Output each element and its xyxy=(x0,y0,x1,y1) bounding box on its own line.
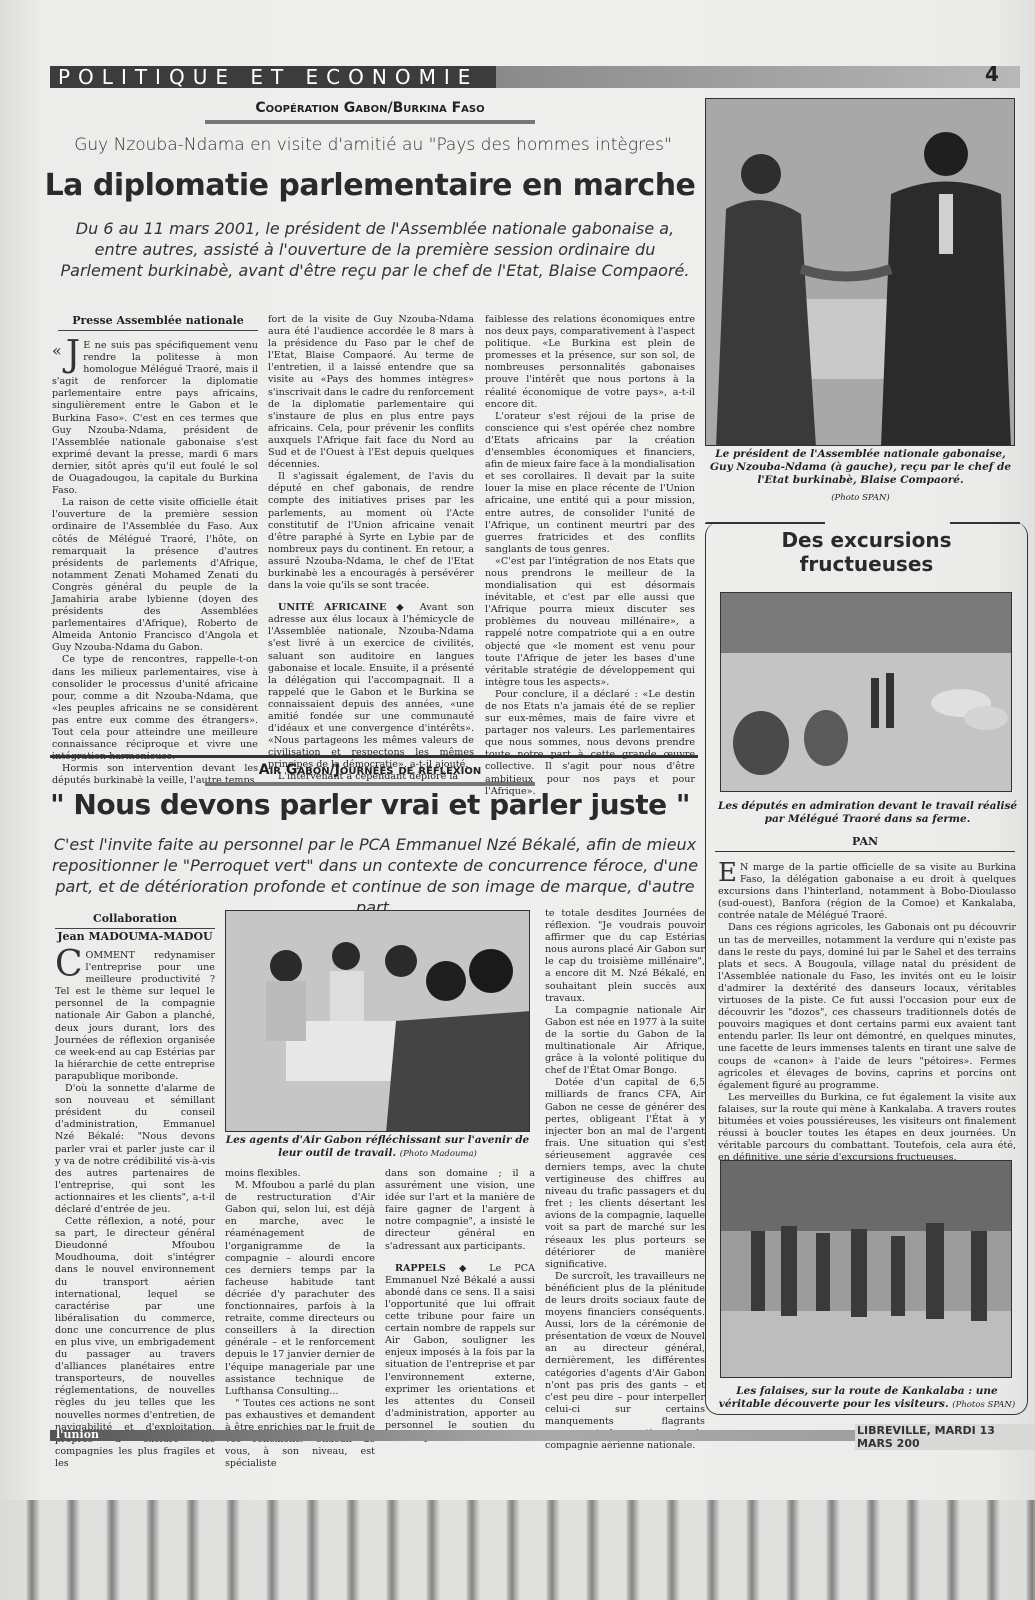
article1-chapo: Du 6 au 11 mars 2001, le président de l'… xyxy=(55,218,695,281)
article-divider xyxy=(50,755,698,758)
article2-column-4: te totale desdites Journées de réflexion… xyxy=(545,908,705,1423)
paragraph: L'orateur s'est réjoui de la prise de co… xyxy=(485,411,695,556)
paragraph: Dotée d'un capital de 6,5 milliards de f… xyxy=(545,1077,705,1271)
sidebar-photo2-caption: Les falaises, sur la route de Kankalaba … xyxy=(712,1385,1022,1412)
intertitle: RAPPELS ◆ xyxy=(395,1263,476,1274)
sidebar-title-line-1: Des excursions xyxy=(705,528,1028,552)
article1-headline: La diplomatie parlementaire en marche xyxy=(40,168,700,203)
paragraph: Avant son adresse aux élus locaux à l'hé… xyxy=(268,602,474,770)
newspaper-page: POLITIQUE ET ECONOMIE 4 Coopération Gabo… xyxy=(0,0,1035,1600)
article2-chapo: C'est l'invite faite au personnel par le… xyxy=(45,834,705,918)
sidebar-photo1-caption: Les députés en admiration devant le trav… xyxy=(715,800,1020,826)
paragraph: De surcroît, les travailleurs ne bénéfic… xyxy=(545,1271,705,1452)
article1-column-2: fort de la visite de Guy Nzouba-Ndama au… xyxy=(268,314,474,740)
article1-column-3: faiblesse des relations économiques entr… xyxy=(485,314,695,740)
box-top-rule-left xyxy=(705,522,825,524)
caption-text: Les agents d'Air Gabon réfléchissant sur… xyxy=(226,1134,529,1159)
article2-photo xyxy=(225,910,530,1132)
section-banner: POLITIQUE ET ECONOMIE xyxy=(50,66,1020,88)
paragraph: faiblesse des relations économiques entr… xyxy=(485,314,695,411)
photo-credit: (Photos SPAN) xyxy=(952,1400,1015,1410)
article2-column-3: dans son domaine ; il a assurément une v… xyxy=(385,1168,535,1423)
intertitle: UNITÉ AFRICAINE ◆ xyxy=(278,602,410,613)
page-number: 4 xyxy=(985,62,999,86)
paragraph: N marge de la partie officielle de sa vi… xyxy=(718,862,1016,921)
box-top-rule-right xyxy=(950,522,1020,524)
sidebar-title-line-2: fructueuses xyxy=(705,552,1028,576)
photo-group-walking xyxy=(721,1161,1012,1378)
article2-photo-caption: Les agents d'Air Gabon réfléchissant sur… xyxy=(225,1134,530,1161)
article2-headline: " Nous devons parler vrai et parler just… xyxy=(40,788,700,821)
sidebar-photo-farm xyxy=(720,592,1012,792)
photo-two-men-handshake xyxy=(706,99,1015,446)
article1-subhead: Guy Nzouba-Ndama en visite d'amitié au "… xyxy=(48,135,698,155)
paragraph: E ne suis pas spécifiquement venu rendre… xyxy=(52,340,258,496)
article2-column-1: COMMENT redynamiser l'entreprise pour un… xyxy=(55,950,215,1420)
paragraph: dans son domaine ; il a assurément une v… xyxy=(385,1168,535,1253)
photo-credit: (Photo SPAN) xyxy=(708,492,1013,505)
quote-open: « xyxy=(52,340,62,362)
photo-agents-meeting xyxy=(226,911,530,1132)
article2-column-2: moins flexibles. M. Mfoubou a parlé du p… xyxy=(225,1168,375,1423)
paragraph: La compagnie nationale Air Gabon est née… xyxy=(545,1005,705,1078)
dropcap: J xyxy=(66,340,80,370)
paragraph: te totale desdites Journées de réflexion… xyxy=(545,908,705,1005)
article1-photo xyxy=(705,98,1015,446)
paragraph: fort de la visite de Guy Nzouba-Ndama au… xyxy=(268,314,474,471)
paragraph: La raison de cette visite officielle éta… xyxy=(52,497,258,654)
sidebar-text: EN marge de la partie officielle de sa v… xyxy=(718,862,1016,1162)
paragraph: Ce type de rencontres, rappelle-t-on dan… xyxy=(52,654,258,763)
section-title: POLITIQUE ET ECONOMIE xyxy=(58,66,478,88)
article1-kicker: Coopération Gabon/Burkina Faso xyxy=(210,100,530,116)
paragraph: Il s'agissait également, de l'avis du dé… xyxy=(268,471,474,592)
dateline: LIBREVILLE, MARDI 13 MARS 200 xyxy=(855,1424,1035,1450)
newspaper-logo: l'union xyxy=(56,1428,99,1441)
article1-photo-caption: Le président de l'Assemblée nationale ga… xyxy=(708,448,1013,487)
article1-column-1: «JE ne suis pas spécifiquement venu rend… xyxy=(52,340,258,740)
sidebar-photo-cliffs xyxy=(720,1160,1012,1378)
paragraph: M. Mfoubou a parlé du plan de restructur… xyxy=(225,1180,375,1398)
article1-byline: Presse Assemblée nationale xyxy=(58,314,258,331)
article2-kicker: Air Gabon/Journées de réflexion xyxy=(210,762,530,778)
paragraph: «C'est par l'intégration de nos Etats qu… xyxy=(485,556,695,689)
scan-edge-artifacts xyxy=(0,1500,1035,1600)
kicker-rule xyxy=(205,120,535,124)
sidebar-title: Des excursions fructueuses xyxy=(705,528,1028,576)
paragraph: Le PCA Emmanuel Nzé Békalé a aussi abond… xyxy=(385,1263,535,1443)
dropcap: C xyxy=(55,950,83,980)
article2-byline-label: Collaboration xyxy=(55,912,215,929)
paragraph: D'où la sonnette d'alarme de son nouveau… xyxy=(55,1083,215,1216)
photo-farm-cattle xyxy=(721,593,1012,792)
paragraph: moins flexibles. xyxy=(225,1168,375,1180)
kicker-rule xyxy=(205,782,535,786)
photo-credit: (Photo Madouma) xyxy=(400,1149,477,1159)
sidebar-byline: PAN xyxy=(715,835,1015,852)
paragraph: Les merveilles du Burkina, ce fut égalem… xyxy=(718,1092,1016,1165)
paragraph: Dans ces régions agricoles, les Gabonais… xyxy=(718,922,1016,1091)
dropcap: E xyxy=(718,862,737,884)
